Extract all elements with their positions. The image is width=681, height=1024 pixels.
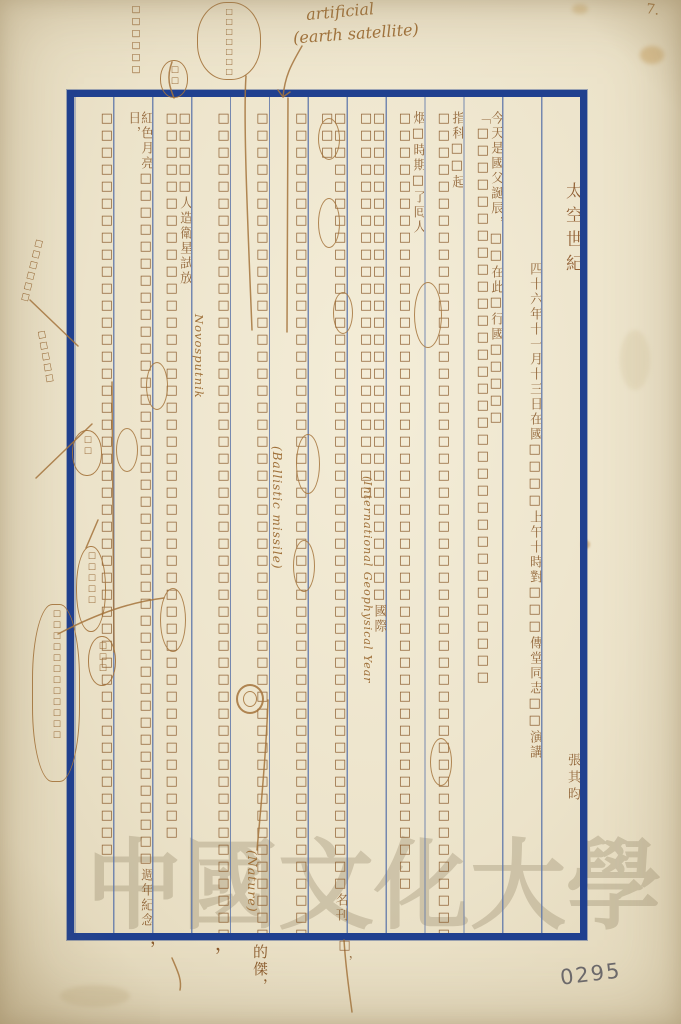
manuscript-column: 今天是國父誕辰，□□在此□行國□□□□□「□□□□□□□□□□□□□□□□□□□… [463,97,502,933]
manuscript-scan-page: 中國文化大學 太空世紀張其昀四十六年十一月十三日在國□□□□上午十時對□□□傳堂… [0,0,681,1024]
annotation-ballistic-missile: (Ballistic missile) [270,446,284,570]
spiral-deletion-mark [236,684,264,714]
annotation-artificial: artificial [305,0,375,24]
annotation-novosputnik: Novosputnik [192,314,206,399]
annotation-geophysical-year: (International Geophysical Year [361,476,374,684]
paper-shading [0,824,160,1024]
circled-insertion-mark [414,282,442,348]
manuscript-column: □□□□□□□□□□□□□□□□□□□□□□□□□□□□□□□□□□□□□□□□… [74,97,113,933]
circled-insertion-mark [116,428,138,472]
circled-insertion-mark [146,362,168,410]
archive-serial-number: 0295 [559,958,623,989]
circled-insertion-mark [293,540,315,592]
margin-note-oval: □□□ [88,636,116,686]
margin-note-text: □□□□□ [86,547,96,606]
below-frame-comma: ， [200,946,220,968]
margin-note-oval: □□ [72,430,102,476]
document-title: 太空世紀 [562,182,580,278]
margin-note-diagonal: □□□□□ [35,330,54,386]
circled-insertion-mark [333,292,353,334]
manuscript-column: 指科□□起□□□□□□□□□□□□□□□□□□□□□□□□□□□□□□□□□□□… [424,97,463,933]
paper-stain [620,330,650,390]
title-column: 太空世紀張其昀 [541,97,580,933]
circled-insertion-mark [430,738,452,786]
paper-crease [551,0,681,130]
manuscript-column: □□□□□□□□□□□□□□□□□□□□□□□□□□□□□□□□□□□□□□□□… [191,97,230,933]
margin-note-text: □□ [169,61,179,87]
margin-note-diagonal: □□□□□□ [18,238,44,304]
manuscript-column: 烟□時期□了囘人□□□□□□□□□□□□□□□□□□□□□□□□□□□□□□□□… [386,97,425,933]
margin-note-oval: □□□□□□□□□□□□ [32,604,80,782]
annotation-nature-journal: (Nature) [245,850,260,913]
margin-note-oval: □□□□□ [76,546,106,632]
margin-note-column: □□□□□□ [130,4,140,76]
circled-insertion-mark [160,588,186,652]
margin-note-text: □□□□□□□□□□ [224,3,233,80]
circled-insertion-mark [318,198,340,248]
manuscript-column: 紅色月亮□□□□□□□□□□□□□□□□□□□□□□□□□□□□□□□□□□□□… [113,97,152,933]
margin-note-oval: □□ [160,60,188,98]
below-frame-text: □， [338,938,351,970]
margin-note-text: □□ [82,431,92,457]
margin-note-text: □□□ [97,637,107,674]
manuscript-column: 四十六年十一月十三日在國□□□□上午十時對□□□傳堂同志□□演講 [502,97,541,933]
manuscript-column: □□□□□人造衛星試放□□□□□□□□□□□□□□□□□□□□□□□□□□□□□… [152,97,191,933]
below-frame-text: 的傑， [252,944,267,995]
margin-note-text: □□□□□□□□□□□□ [51,605,61,741]
annotation-earth-satellite: (earth satellite) [292,20,419,48]
circled-insertion-mark [296,434,320,494]
margin-note-oval: □□□□□□□□□□ [197,2,261,80]
manuscript-column: □□□□□□□□□□□□□□□□□□□□□□□□□□□□□□□□□□□□□□□□… [230,97,269,933]
author-signature: 張其昀 [565,753,580,804]
circled-insertion-mark [318,118,340,160]
